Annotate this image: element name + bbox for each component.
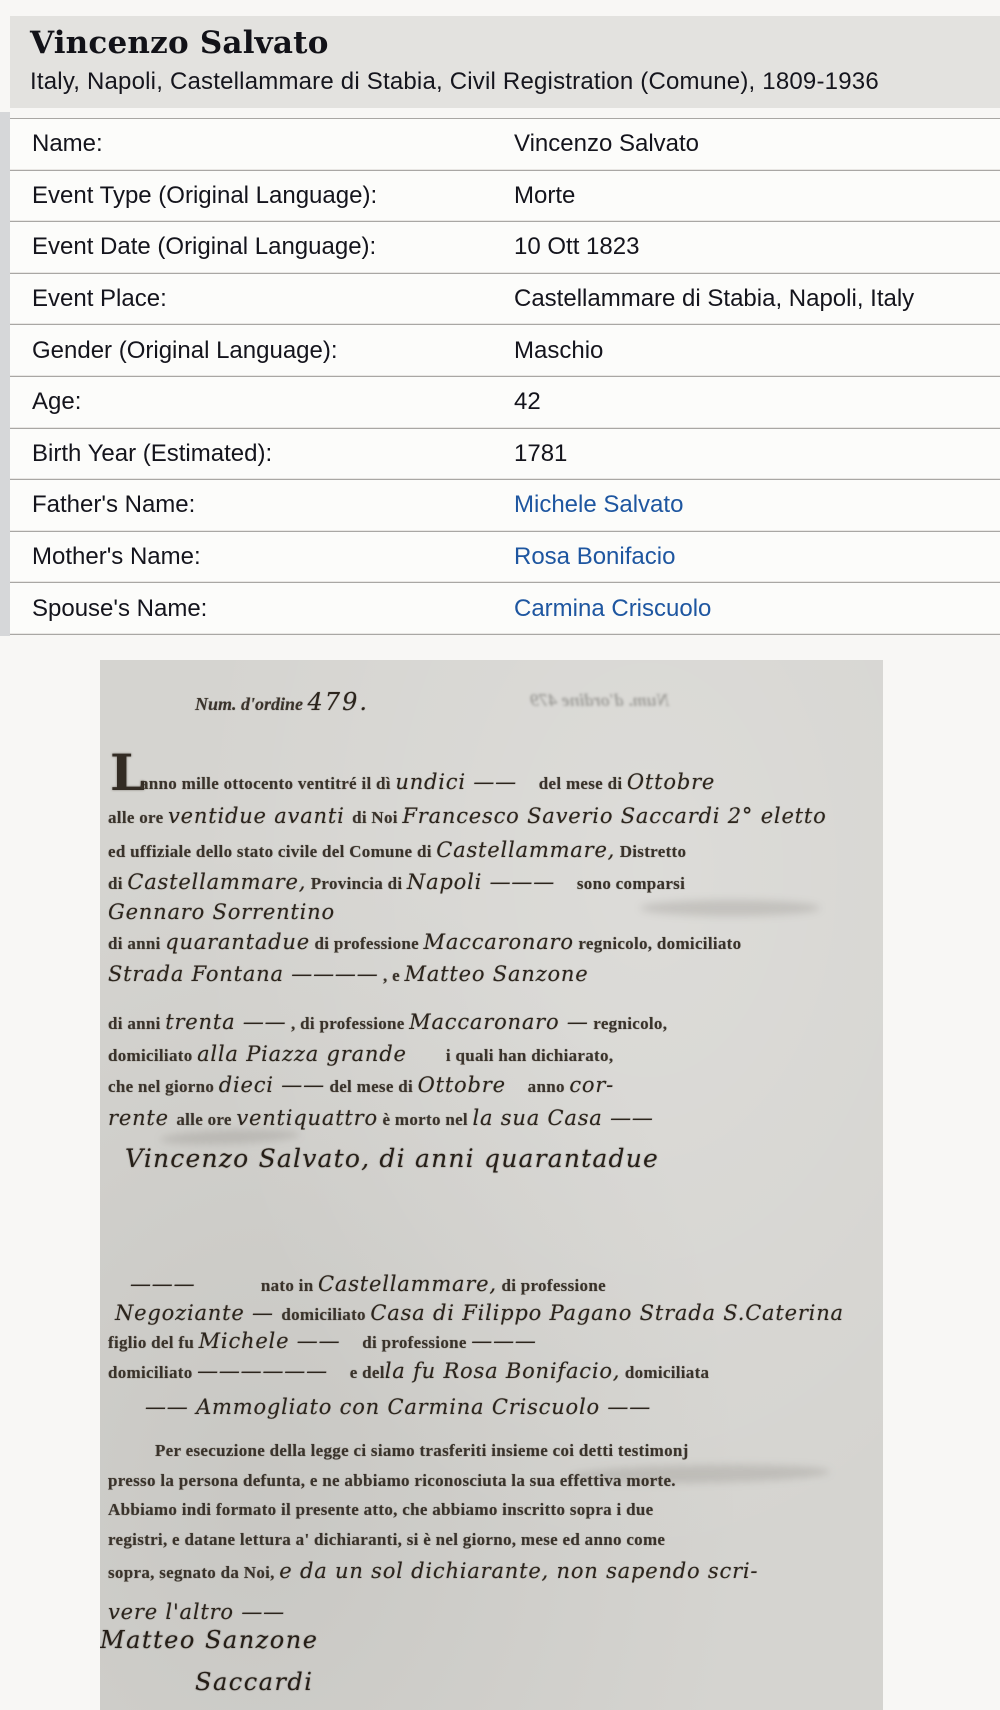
table-row: Birth Year (Estimated):1781	[10, 429, 1000, 481]
document-text-segment: alla Piazza grande	[197, 1042, 407, 1066]
document-text-segment: Distretto	[615, 842, 686, 861]
document-text-segment: di Noi	[352, 808, 402, 827]
document-text-segment: Casa di Filippo Pagano Strada S.Caterina	[370, 1301, 843, 1325]
record-field-label: Birth Year (Estimated):	[10, 440, 514, 468]
document-text-line: sopra, segnato da Noi, e da un sol dichi…	[108, 1561, 758, 1582]
document-text-segment: Provincia di	[306, 874, 407, 893]
document-text-segment: ———	[130, 1272, 261, 1296]
document-text-line: —— Ammogliato con Carmina Criscuolo ——	[145, 1397, 651, 1418]
bleed-through-ghost-text: Num. d'ordine 479	[530, 690, 670, 711]
document-text-segment: anno mille ottocento ventitré il dì	[140, 774, 395, 793]
table-row: Mother's Name:Rosa Bonifacio	[10, 532, 1000, 584]
document-text-line: Abbiamo indi formato il presente atto, c…	[108, 1501, 653, 1519]
document-text-segment: di professione	[497, 1276, 606, 1295]
document-text-segment: Michele ——	[199, 1329, 341, 1353]
document-text-segment: registri, e datane lettura a' dichiarant…	[108, 1530, 665, 1549]
document-text-segment: i quali han dichiarato,	[407, 1046, 614, 1065]
document-text-segment: e del	[328, 1363, 385, 1382]
record-field-label: Name:	[10, 130, 514, 158]
table-row: Age:42	[10, 377, 1000, 429]
record-field-value: Vincenzo Salvato	[514, 130, 699, 158]
document-text-segment: e da un sol dichiarante, non sapendo scr…	[279, 1559, 758, 1583]
table-row: Event Type (Original Language):Morte	[10, 171, 1000, 223]
document-text-segment: , e	[379, 966, 405, 985]
bleed-through-smudge	[640, 900, 820, 916]
table-row: Spouse's Name:Carmina Criscuolo	[10, 583, 1000, 635]
document-text-segment: Castellammare,	[436, 838, 615, 862]
record-field-value: 1781	[514, 440, 567, 468]
document-text-segment: figlio del fu	[108, 1333, 199, 1352]
record-field-value: 42	[514, 388, 541, 416]
record-field-value: Castellammare di Stabia, Napoli, Italy	[514, 285, 914, 313]
document-text-segment: di professione	[340, 1333, 471, 1352]
document-text-segment: domiciliato	[108, 1363, 197, 1382]
record-detail-page: { "colors":{ "link_blue":"#1e56a0", "ban…	[0, 0, 1000, 1710]
document-text-segment: nato in	[261, 1276, 318, 1295]
document-text-segment: Maccaronaro —	[409, 1010, 589, 1034]
document-text-line: domiciliato —————— e della fu Rosa Bonif…	[108, 1361, 709, 1382]
document-text-segment: Abbiamo indi formato il presente atto, c…	[108, 1500, 653, 1519]
document-text-segment: di anni	[108, 1014, 165, 1033]
document-text-segment: sono comparsi	[555, 874, 685, 893]
document-text-line: anno mille ottocento ventitré il dì undi…	[140, 772, 715, 793]
document-text-segment: Negoziante —	[115, 1301, 281, 1325]
document-text-segment: domiciliato	[281, 1305, 370, 1324]
document-text-segment: di professione	[310, 934, 424, 953]
document-text-segment: sopra, segnato da Noi,	[108, 1563, 279, 1582]
document-text-line: Negoziante — domiciliato Casa di Filippo…	[115, 1303, 844, 1324]
table-row: Name:Vincenzo Salvato	[10, 119, 1000, 171]
document-text-line: di anni quarantadue di professione Macca…	[108, 932, 741, 953]
document-text-line: Num. d'ordine 479.	[195, 690, 369, 714]
document-text-line: ——— nato in Castellammare, di profession…	[130, 1274, 606, 1295]
document-text-segment: , di professione	[286, 1014, 409, 1033]
document-text-segment: Maccaronaro	[424, 930, 574, 954]
document-text-segment: vere l'altro ——	[108, 1600, 285, 1624]
record-field-value: Morte	[514, 182, 575, 210]
document-text-segment: ventidue avanti	[168, 804, 352, 828]
document-text-segment: anno	[506, 1077, 570, 1096]
record-field-value: Maschio	[514, 337, 603, 365]
record-field-label: Event Date (Original Language):	[10, 233, 514, 261]
document-text-segment: cor-	[569, 1073, 614, 1097]
document-text-segment: rente	[108, 1106, 176, 1130]
document-text-line: di anni trenta —— , di professione Macca…	[108, 1012, 667, 1033]
document-text-segment: di	[108, 874, 127, 893]
document-text-segment: Ottobre	[627, 770, 715, 794]
document-image[interactable]: Num. d'ordine 479 L Num. d'ordine 479.an…	[100, 660, 883, 1710]
document-text-segment: Gennaro Sorrentino	[108, 900, 335, 924]
document-text-segment: che nel giorno	[108, 1077, 219, 1096]
document-text-line: che nel giorno dieci —— del mese di Otto…	[108, 1075, 614, 1096]
document-text-segment: regnicolo,	[589, 1014, 668, 1033]
document-text-segment: domiciliato	[108, 1046, 197, 1065]
document-text-segment: Matteo Sanzone	[100, 1626, 318, 1654]
document-text-line: Per esecuzione della legge ci siamo tras…	[155, 1442, 689, 1460]
document-text-line: alle ore ventidue avanti di Noi Francesc…	[108, 806, 827, 827]
record-field-label: Father's Name:	[10, 491, 514, 519]
table-row: Event Place:Castellammare di Stabia, Nap…	[10, 274, 1000, 326]
table-row: Gender (Original Language):Maschio	[10, 325, 1000, 377]
document-text-segment: Francesco Saverio Saccardi 2° eletto	[402, 804, 826, 828]
document-text-line: Saccardi	[195, 1670, 313, 1694]
document-text-segment: ed uffiziale dello stato civile del Comu…	[108, 842, 436, 861]
document-text-line: ed uffiziale dello stato civile del Comu…	[108, 840, 686, 861]
record-field-value: 10 Ott 1823	[514, 233, 639, 261]
document-text-segment: quarantadue	[165, 930, 310, 954]
record-field-label: Event Type (Original Language):	[10, 182, 514, 210]
table-row: Event Date (Original Language):10 Ott 18…	[10, 222, 1000, 274]
collection-title: Italy, Napoli, Castellammare di Stabia, …	[30, 68, 879, 96]
document-text-segment: presso la persona defunta, e ne abbiamo …	[108, 1471, 676, 1490]
document-text-segment: ———	[471, 1329, 536, 1353]
document-text-segment: Vincenzo Salvato, di anni quarantadue	[125, 1144, 659, 1173]
record-field-label: Age:	[10, 388, 514, 416]
document-text-segment: di anni	[108, 934, 165, 953]
table-row: Father's Name:Michele Salvato	[10, 480, 1000, 532]
document-text-line: Gennaro Sorrentino	[108, 902, 335, 923]
page-margin-strip	[0, 112, 10, 636]
document-text-line: vere l'altro ——	[108, 1602, 285, 1623]
document-text-segment: Castellammare,	[318, 1272, 497, 1296]
record-field-label: Gender (Original Language):	[10, 337, 514, 365]
document-text-segment: Num. d'ordine	[195, 694, 308, 714]
document-text-segment: Ottobre	[418, 1073, 506, 1097]
record-link[interactable]: Michele Salvato	[514, 491, 683, 519]
document-text-line: Vincenzo Salvato, di anni quarantadue	[125, 1146, 659, 1171]
document-text-segment: la sua Casa ——	[473, 1106, 654, 1130]
document-text-segment: Saccardi	[195, 1668, 313, 1696]
document-text-segment: 479.	[308, 688, 369, 716]
document-text-segment: Castellammare,	[127, 870, 306, 894]
record-field-label: Mother's Name:	[10, 543, 514, 571]
document-text-line: presso la persona defunta, e ne abbiamo …	[108, 1472, 676, 1490]
document-text-segment: la fu Rosa Bonifacio,	[385, 1359, 621, 1383]
document-text-segment: è morto nel	[378, 1110, 473, 1129]
document-text-segment: del mese di	[325, 1077, 418, 1096]
document-text-line: Matteo Sanzone	[100, 1628, 318, 1652]
document-text-segment: —— Ammogliato con Carmina Criscuolo ——	[145, 1395, 651, 1419]
record-link[interactable]: Carmina Criscuolo	[514, 595, 711, 623]
document-text-segment: regnicolo, domiciliato	[574, 934, 742, 953]
record-table: Name:Vincenzo SalvatoEvent Type (Origina…	[10, 118, 1000, 635]
document-text-segment: undici ——	[395, 770, 517, 794]
document-text-line: Strada Fontana ———— , e Matteo Sanzone	[108, 964, 588, 985]
document-text-segment: domiciliata	[620, 1363, 709, 1382]
document-text-line: domiciliato alla Piazza grande i quali h…	[108, 1044, 613, 1065]
document-text-line: rente alle ore ventiquattro è morto nel …	[108, 1108, 654, 1129]
document-text-segment: alle ore	[108, 808, 168, 827]
page-title: Vincenzo Salvato	[30, 26, 329, 60]
document-text-segment: Per esecuzione della legge ci siamo tras…	[155, 1441, 689, 1460]
document-text-segment: ventiquattro	[236, 1106, 378, 1130]
document-text-segment: Napoli ———	[407, 870, 555, 894]
document-text-segment: trenta ——	[165, 1010, 286, 1034]
document-text-segment: Strada Fontana ————	[108, 962, 379, 986]
document-text-line: di Castellammare, Provincia di Napoli ——…	[108, 872, 685, 893]
document-text-segment: ——————	[197, 1359, 328, 1383]
record-header: Vincenzo Salvato Italy, Napoli, Castella…	[10, 16, 1000, 108]
document-text-line: registri, e datane lettura a' dichiarant…	[108, 1531, 665, 1549]
document-text-segment: dieci ——	[219, 1073, 325, 1097]
record-field-label: Event Place:	[10, 285, 514, 313]
document-text-segment: alle ore	[176, 1110, 236, 1129]
document-text-segment: Matteo Sanzone	[405, 962, 589, 986]
record-field-label: Spouse's Name:	[10, 595, 514, 623]
record-link[interactable]: Rosa Bonifacio	[514, 543, 675, 571]
document-text-line: figlio del fu Michele —— di professione …	[108, 1331, 537, 1352]
document-text-segment: del mese di	[517, 774, 627, 793]
